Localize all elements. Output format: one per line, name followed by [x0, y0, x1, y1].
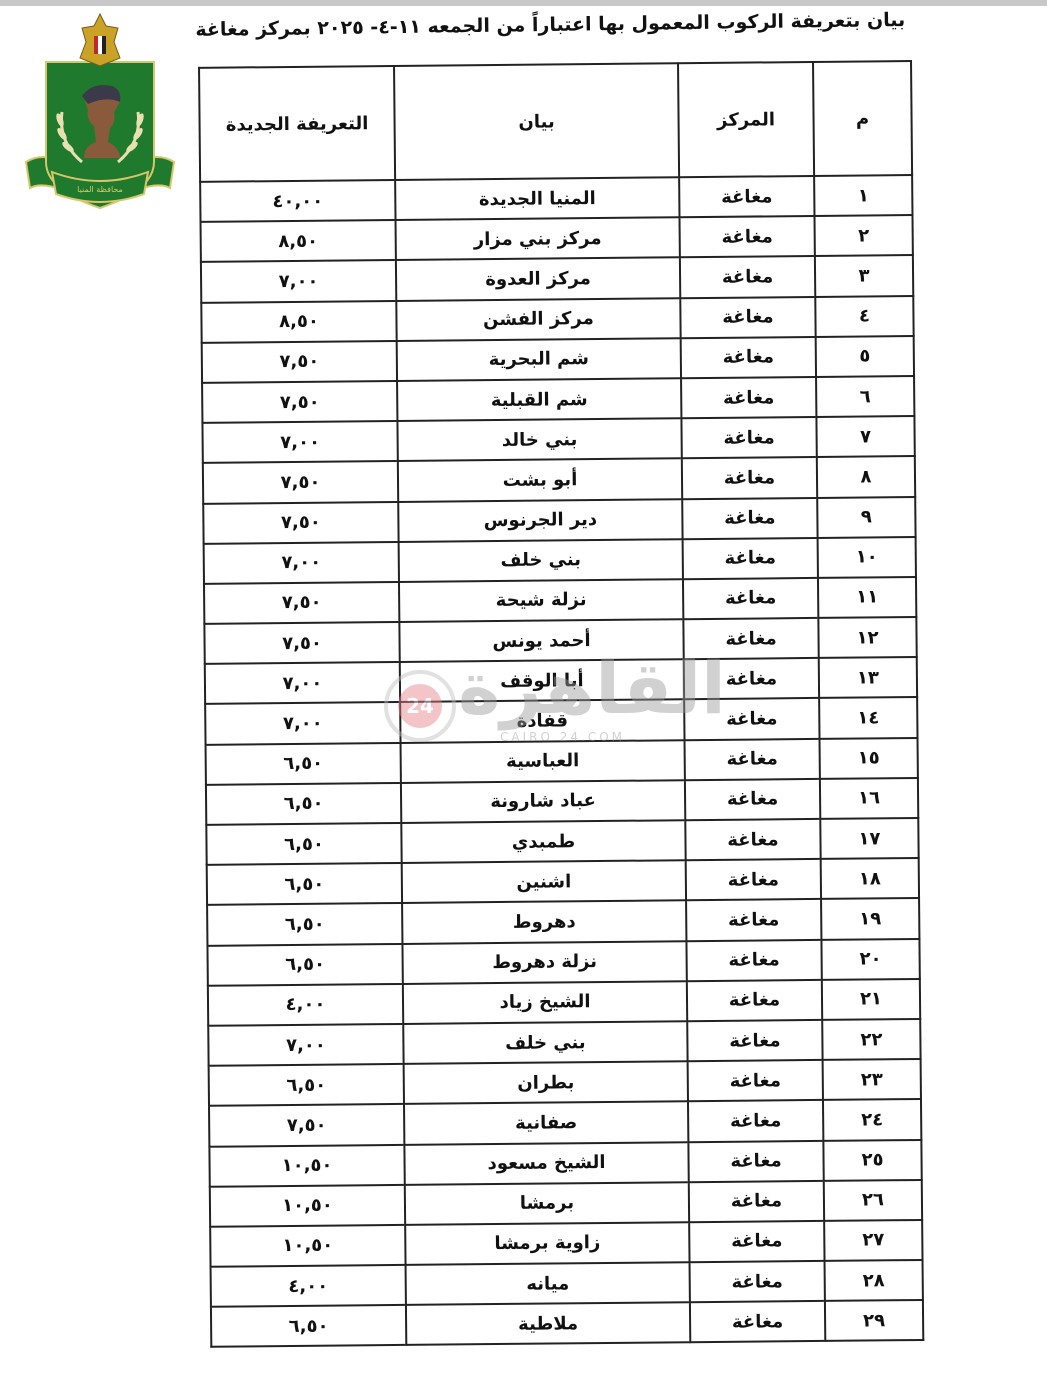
row-description: الشيخ زياد [403, 981, 687, 1024]
row-fare: ٧,٠٠ [204, 542, 399, 584]
row-fare: ٤٠,٠٠ [200, 180, 395, 222]
row-fare: ٧,٥٠ [203, 461, 398, 503]
row-fare: ٧,٠٠ [208, 1024, 403, 1066]
row-number: ٩ [817, 496, 915, 537]
row-fare: ٧,٠٠ [205, 702, 400, 744]
row-number: ١١ [818, 577, 916, 618]
table-row: ٢٨مغاغةميانه٤,٠٠ [211, 1260, 923, 1307]
table-row: ١٠مغاغةبني خلف٧,٠٠ [204, 537, 916, 584]
table-row: ٢٩مغاغةملاطية٦,٥٠ [211, 1300, 923, 1347]
row-number: ١٥ [820, 738, 918, 779]
row-number: ١٩ [821, 898, 919, 939]
table-row: ١٦مغاغةعباد شارونة٦,٥٠ [206, 778, 918, 825]
row-fare: ٤,٠٠ [208, 984, 403, 1026]
svg-text:محافظة المنيا: محافظة المنيا [77, 185, 123, 194]
row-description: العباسية [401, 740, 685, 783]
row-description: مركز الفشن [396, 298, 680, 341]
table-row: ٨مغاغةأبو بشت٧,٥٠ [203, 456, 915, 503]
row-center: مغاغة [679, 176, 814, 217]
row-number: ٥ [816, 336, 914, 377]
row-center: مغاغة [689, 1181, 824, 1222]
row-number: ٢٩ [825, 1300, 923, 1341]
row-center: مغاغة [685, 819, 820, 860]
row-fare: ٨,٥٠ [201, 220, 396, 262]
row-center: مغاغة [685, 779, 820, 820]
row-number: ١٤ [819, 697, 917, 738]
row-fare: ٤,٠٠ [211, 1265, 406, 1307]
row-number: ٢٤ [823, 1099, 921, 1140]
row-description: بني خلف [403, 1021, 687, 1064]
row-fare: ٧,٥٠ [202, 381, 397, 423]
row-description: أحمد يونس [399, 619, 683, 662]
row-fare: ٧,٠٠ [205, 662, 400, 704]
table-row: ٢٣مغاغةبطران٦,٥٠ [209, 1059, 921, 1106]
row-center: مغاغة [685, 739, 820, 780]
row-center: مغاغة [686, 859, 821, 900]
table-row: ٦مغاغةشم القبلية٧,٥٠ [202, 376, 914, 423]
row-fare: ٨,٥٠ [201, 301, 396, 343]
row-number: ١٨ [821, 858, 919, 899]
row-description: زاوية برمشا [405, 1222, 689, 1265]
row-fare: ٦,٥٠ [206, 783, 401, 825]
row-description: اشنين [402, 860, 686, 903]
table-row: ٢٤مغاغةصفانية٧,٥٠ [209, 1099, 921, 1146]
row-number: ٨ [817, 456, 915, 497]
row-description: أبو بشت [398, 459, 682, 502]
row-description: مركز العدوة [396, 258, 680, 301]
row-fare: ٦,٥٠ [207, 943, 402, 985]
table-row: ١مغاغةالمنيا الجديدة٤٠,٠٠ [200, 175, 912, 222]
table-row: ٧مغاغةبني خالد٧,٠٠ [202, 416, 914, 463]
table-row: ٥مغاغةشم البحرية٧,٥٠ [202, 336, 914, 383]
table-row: ٢مغاغةمركز بني مزار٨,٥٠ [201, 215, 913, 262]
row-description: قفادة [400, 700, 684, 743]
row-fare: ٦,٥٠ [207, 903, 402, 945]
row-description: ملاطية [406, 1302, 690, 1345]
row-center: مغاغة [680, 256, 815, 297]
table-row: ١٨مغاغةاشنين٦,٥٠ [207, 858, 919, 905]
header-num: م [813, 61, 912, 176]
row-description: شم البحرية [397, 338, 681, 381]
row-description: طمبدي [401, 820, 685, 863]
row-center: مغاغة [690, 1301, 825, 1342]
table-row: ١٤مغاغةقفادة٧,٠٠ [205, 697, 917, 744]
row-number: ٢٣ [823, 1059, 921, 1100]
table-row: ٢٠مغاغةنزلة دهروط٦,٥٠ [207, 939, 919, 986]
row-number: ١ [814, 175, 912, 216]
row-center: مغاغة [688, 1140, 823, 1181]
row-center: مغاغة [684, 658, 819, 699]
fare-table: م المركز بيان التعريفة الجديدة ١مغاغةالم… [198, 60, 924, 1348]
row-center: مغاغة [687, 1020, 822, 1061]
row-fare: ٦,٥٠ [206, 743, 401, 785]
governorate-emblem-icon: محافظة المنيا [22, 12, 178, 212]
row-number: ٣ [815, 255, 913, 296]
row-number: ٢٧ [824, 1220, 922, 1261]
table-row: ١١مغاغةنزلة شيحة٧,٥٠ [204, 577, 916, 624]
row-number: ٢٠ [821, 939, 919, 980]
table-row: ٩مغاغةدير الجرنوس٧,٥٠ [203, 496, 915, 543]
row-center: مغاغة [680, 216, 815, 257]
header-center: المركز [678, 62, 814, 177]
row-center: مغاغة [682, 457, 817, 498]
row-center: مغاغة [688, 1060, 823, 1101]
row-center: مغاغة [683, 618, 818, 659]
table-row: ٢٧مغاغةزاوية برمشا١٠,٥٠ [210, 1220, 922, 1267]
row-number: ٢١ [822, 979, 920, 1020]
table-row: ٤مغاغةمركز الفشن٨,٥٠ [201, 296, 913, 343]
table-row: ٢١مغاغةالشيخ زياد٤,٠٠ [208, 979, 920, 1026]
row-description: الشيخ مسعود [404, 1142, 688, 1185]
table-row: ٢٦مغاغةبرمشا١٠,٥٠ [210, 1180, 922, 1227]
row-description: ميانه [406, 1262, 690, 1305]
row-description: دير الجرنوس [398, 499, 682, 542]
row-center: مغاغة [681, 377, 816, 418]
row-description: صفانية [404, 1102, 688, 1145]
row-center: مغاغة [681, 337, 816, 378]
row-fare: ٦,٥٠ [207, 863, 402, 905]
row-description: دهروط [402, 901, 686, 944]
row-description: نزلة دهروط [402, 941, 686, 984]
table-row: ١٣مغاغةأبا الوقف٧,٠٠ [205, 657, 917, 704]
row-fare: ٦,٥٠ [211, 1305, 406, 1347]
table-row: ٢٥مغاغةالشيخ مسعود١٠,٥٠ [209, 1139, 921, 1186]
row-description: أبا الوقف [400, 659, 684, 702]
row-number: ١٢ [818, 617, 916, 658]
row-fare: ٧,٥٠ [204, 622, 399, 664]
row-fare: ١٠,٥٠ [210, 1185, 405, 1227]
row-center: مغاغة [686, 899, 821, 940]
row-number: ٤ [815, 296, 913, 337]
row-description: شم القبلية [397, 378, 681, 421]
row-description: بني خالد [397, 418, 681, 461]
row-number: ١٧ [820, 818, 918, 859]
row-fare: ١٠,٥٠ [210, 1225, 405, 1267]
row-fare: ٧,٥٠ [202, 341, 397, 383]
table-body: ١مغاغةالمنيا الجديدة٤٠,٠٠٢مغاغةمركز بني … [200, 175, 923, 1347]
row-number: ٢ [814, 215, 912, 256]
table-row: ١٩مغاغةدهروط٦,٥٠ [207, 898, 919, 945]
row-center: مغاغة [683, 538, 818, 579]
table-row: ٣مغاغةمركز العدوة٧,٠٠ [201, 255, 913, 302]
document-title: بيان بتعريفة الركوب المعمول بها اعتباراً… [195, 8, 905, 42]
row-center: مغاغة [681, 417, 816, 458]
header-description: بيان [394, 63, 679, 180]
row-description: برمشا [405, 1182, 689, 1225]
row-center: مغاغة [689, 1221, 824, 1262]
row-center: مغاغة [690, 1261, 825, 1302]
table-row: ١٢مغاغةأحمد يونس٧,٥٠ [204, 617, 916, 664]
row-number: ١٠ [818, 537, 916, 578]
row-center: مغاغة [680, 297, 815, 338]
row-center: مغاغة [688, 1100, 823, 1141]
row-fare: ٧,٥٠ [204, 582, 399, 624]
row-fare: ٧,٥٠ [209, 1104, 404, 1146]
row-number: ٢٢ [822, 1019, 920, 1060]
row-description: بني خلف [399, 539, 683, 582]
row-number: ٢٦ [824, 1180, 922, 1221]
table-header-row: م المركز بيان التعريفة الجديدة [199, 61, 912, 182]
row-fare: ٧,٥٠ [203, 501, 398, 543]
table-row: ٢٢مغاغةبني خلف٧,٠٠ [208, 1019, 920, 1066]
row-description: نزلة شيحة [399, 579, 683, 622]
row-description: عباد شارونة [401, 780, 685, 823]
row-number: ٦ [816, 376, 914, 417]
row-center: مغاغة [687, 980, 822, 1021]
top-edge-bar [0, 0, 1047, 6]
row-number: ٧ [816, 416, 914, 457]
row-fare: ٦,٥٠ [206, 823, 401, 865]
row-center: مغاغة [683, 578, 818, 619]
row-number: ١٦ [820, 778, 918, 819]
row-fare: ٦,٥٠ [209, 1064, 404, 1106]
row-number: ٢٥ [823, 1139, 921, 1180]
row-number: ٢٨ [825, 1260, 923, 1301]
row-center: مغاغة [686, 939, 821, 980]
row-description: المنيا الجديدة [395, 177, 679, 220]
row-center: مغاغة [682, 497, 817, 538]
row-fare: ١٠,٥٠ [209, 1144, 404, 1186]
row-description: بطران [404, 1061, 688, 1104]
row-center: مغاغة [684, 698, 819, 739]
header-fare: التعريفة الجديدة [199, 66, 395, 182]
table-row: ١٧مغاغةطمبدي٦,٥٠ [206, 818, 918, 865]
row-number: ١٣ [819, 657, 917, 698]
row-description: مركز بني مزار [396, 217, 680, 260]
row-fare: ٧,٠٠ [201, 260, 396, 302]
row-fare: ٧,٠٠ [202, 421, 397, 463]
table-row: ١٥مغاغةالعباسية٦,٥٠ [206, 738, 918, 785]
